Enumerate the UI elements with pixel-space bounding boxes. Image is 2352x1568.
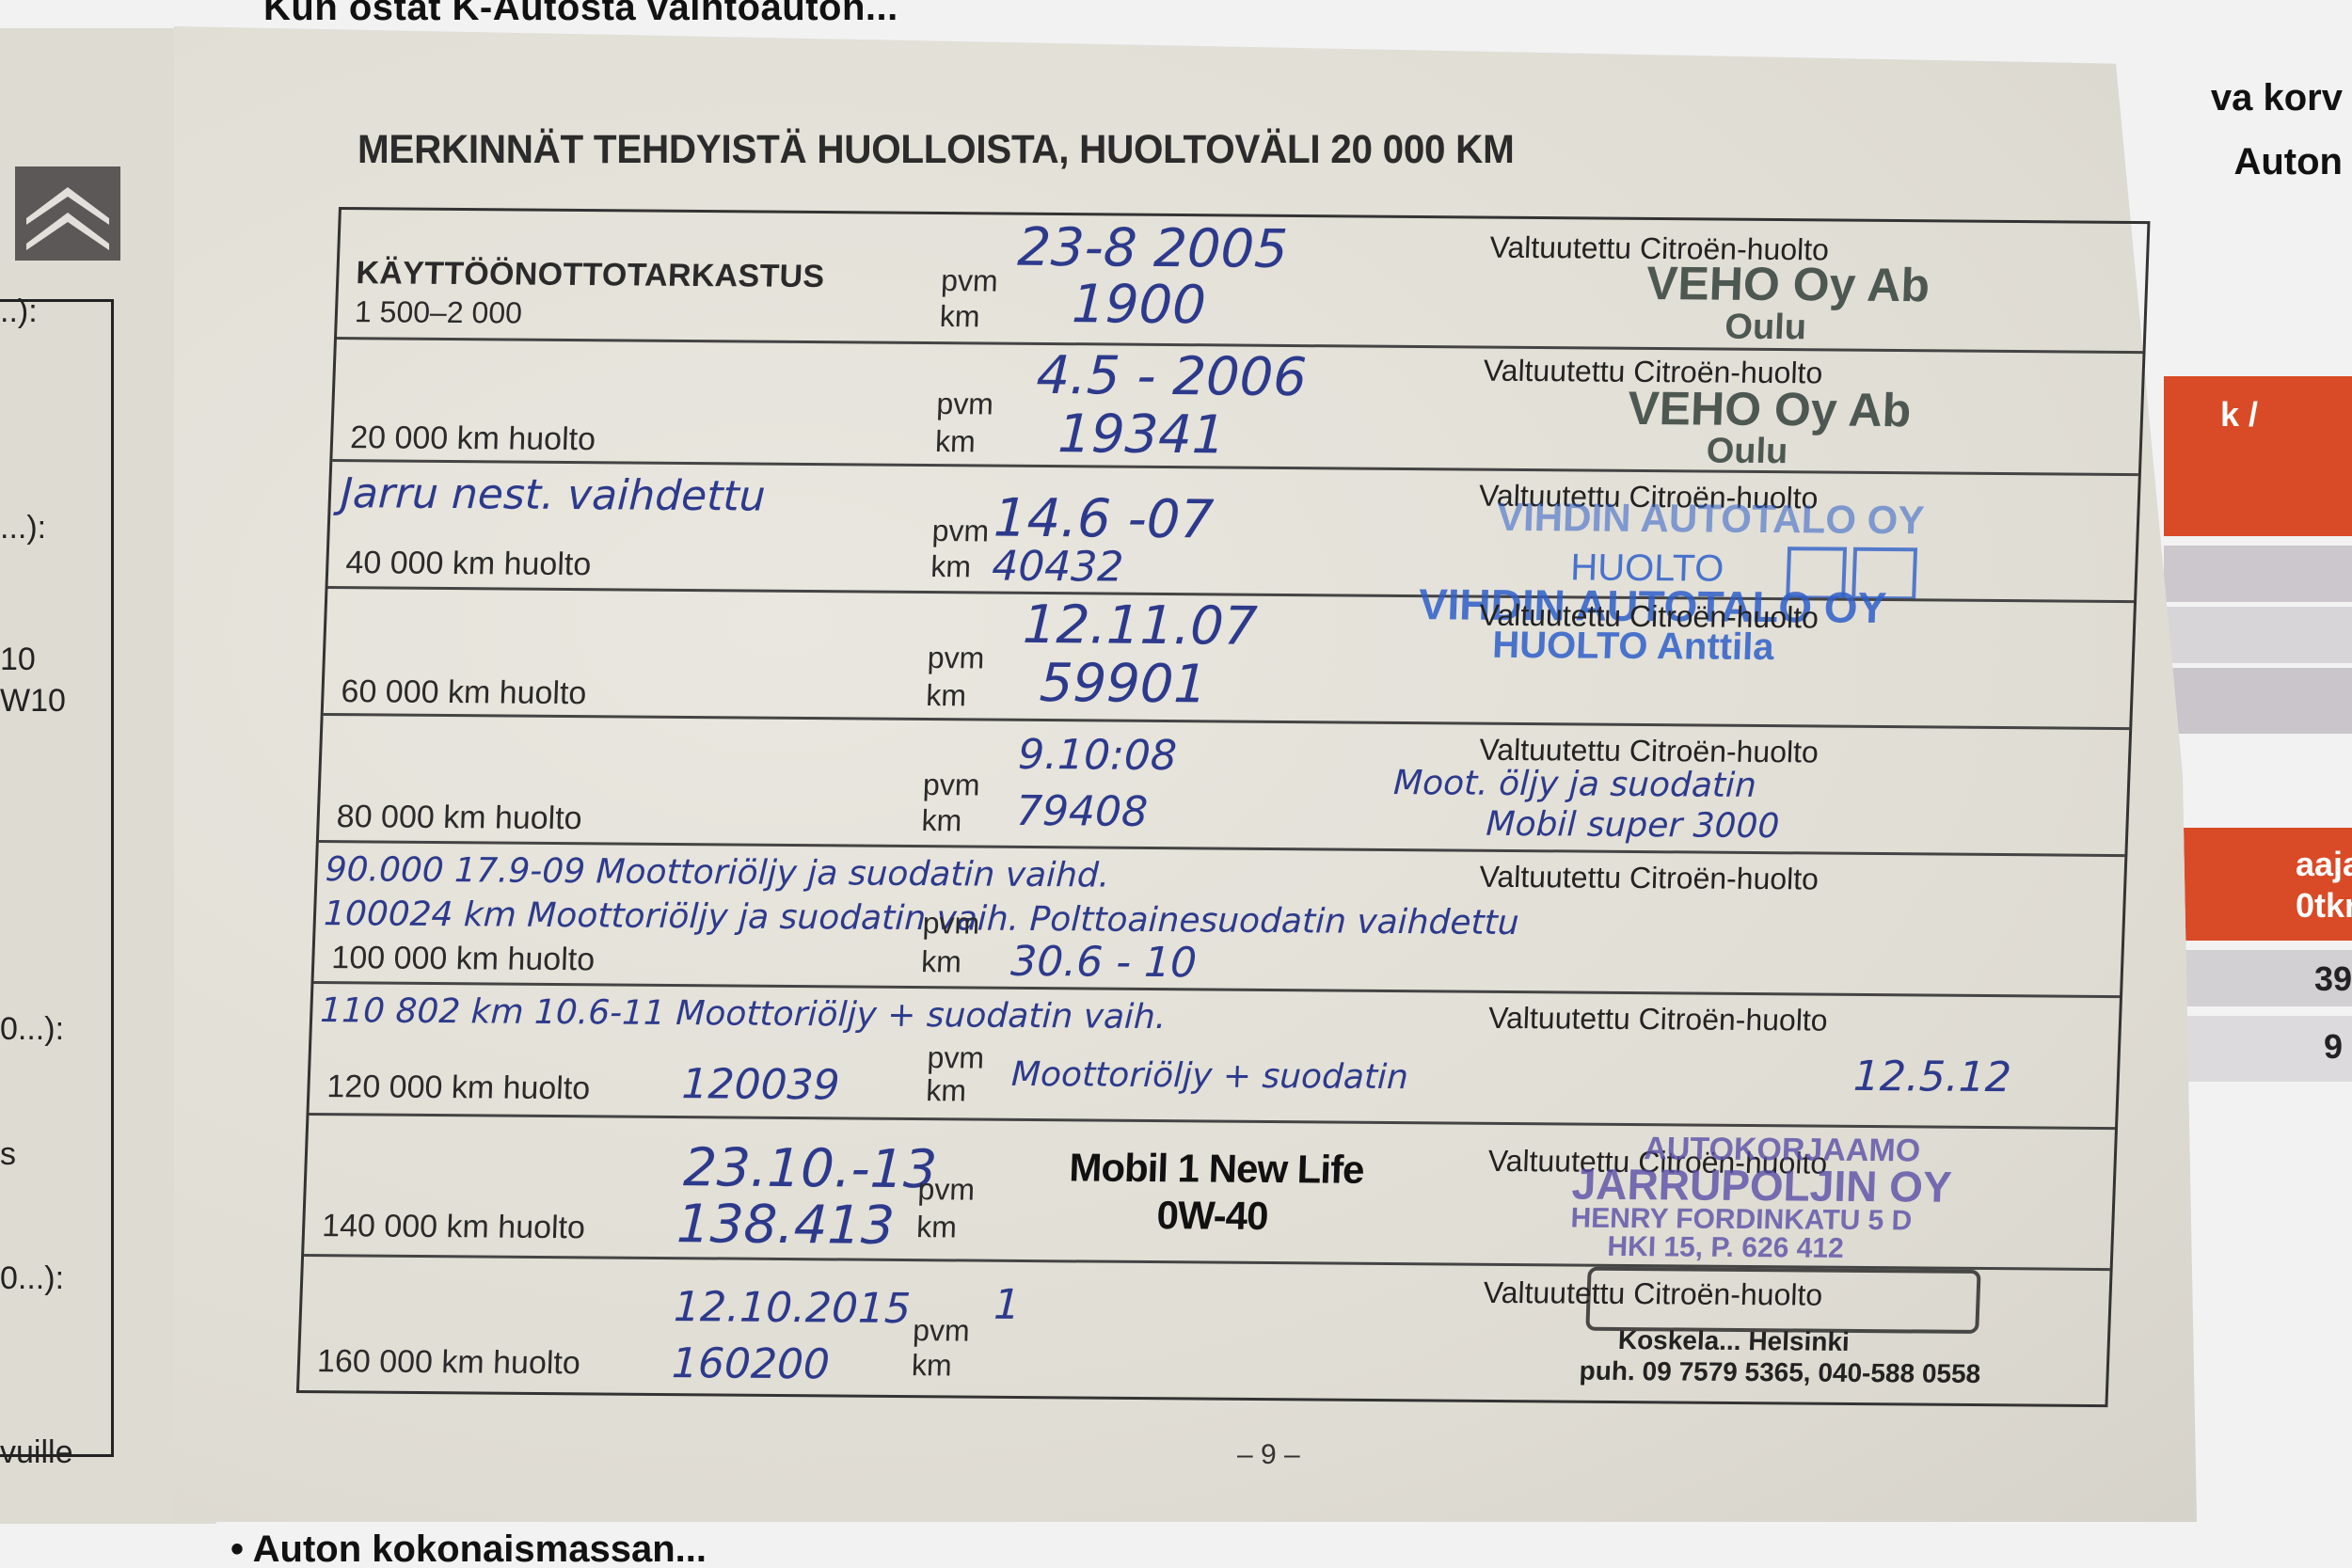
handwritten-km: 79408 — [1015, 787, 1149, 836]
row-label: 140 000 km huolto — [322, 1208, 586, 1246]
left-fragment: s — [0, 1136, 16, 1173]
left-fragment: 0...): — [0, 1011, 64, 1048]
dealer-stamp-city: Oulu — [1724, 308, 1807, 349]
row-label: KÄYTTÖÖNOTTOTARKASTUS — [356, 255, 825, 295]
handwritten-km: 59901 — [1039, 653, 1208, 715]
handwritten-date: 14.6 -07 — [993, 488, 1215, 551]
handwritten-km: 138.413 — [675, 1194, 896, 1257]
service-log-table: KÄYTTÖÖNOTTOTARKASTUS 1 500–2 000 pvm km… — [296, 207, 2151, 1407]
handwritten-date: 12.10.2015 — [673, 1283, 912, 1333]
background-red-band: aaja 0tkm — [2164, 828, 2352, 941]
authorized-service-label: Valtuutettu Citroën-huolto — [1488, 1001, 1829, 1038]
km-label: km — [916, 1210, 958, 1244]
left-fragment: ...): — [0, 510, 46, 546]
service-row: KÄYTTÖÖNOTTOTARKASTUS 1 500–2 000 pvm km… — [337, 210, 2147, 351]
row-label: 20 000 km huolto — [350, 420, 596, 458]
handwritten-date: 12.11.07 — [1022, 594, 1259, 657]
dealer-stamp: VIHDIN AUTOTALO OY — [1496, 495, 1925, 544]
oil-viscosity-stamp: 0W-40 — [1156, 1193, 1269, 1239]
date-label: pvm — [931, 514, 990, 548]
background-red-band: k / — [2164, 376, 2352, 536]
dealer-stamp-huolto: HUOLTO Anttila — [1492, 625, 1775, 669]
row-sublabel: 1 500–2 000 — [354, 294, 522, 330]
dealer-stamp: VEHO Oy Ab — [1645, 256, 1931, 312]
handwritten-note: 1 — [993, 1281, 1021, 1329]
handwritten-note: Jarru nest. vaihdettu — [340, 469, 766, 521]
service-row: 110 802 km 10.6-11 Moottoriöljy + suodat… — [309, 981, 2120, 1130]
km-label: km — [926, 1073, 967, 1108]
date-label: pvm — [922, 768, 980, 802]
dealer-stamp-name: Koskela... Helsinki — [1617, 1325, 1850, 1357]
handwritten-date: 23.10.-13 — [682, 1137, 938, 1200]
handwritten-date: 23-8 2005 — [1016, 217, 1289, 280]
left-fragment: 0...): — [0, 1260, 64, 1297]
left-fragment: W10 — [0, 683, 66, 720]
date-label: pvm — [927, 641, 985, 675]
handwritten-km: 120039 — [681, 1060, 841, 1109]
handwritten-note: Mobil super 3000 — [1486, 805, 1780, 846]
row-label: 100 000 km huolto — [331, 940, 596, 978]
page-number: – 9 – — [1237, 1439, 1300, 1471]
km-label: km — [930, 549, 972, 584]
background-right-text: Auton — [2233, 141, 2343, 183]
handwritten-km: 160200 — [671, 1339, 831, 1388]
service-row: 60 000 km huolto pvm km 12.11.07 59901 V… — [324, 586, 2134, 730]
handwritten-note: 110 802 km 10.6-11 Moottoriöljy + suodat… — [320, 991, 1167, 1037]
service-row: 80 000 km huolto pvm km 9.10:08 79408 Va… — [319, 713, 2129, 857]
authorized-service-label: Valtuutettu Citroën-huolto — [1479, 860, 1820, 897]
background-heading: Kun ostat K-Autosta vaihtoauton... — [263, 0, 898, 29]
handwritten-date: 9.10:08 — [1017, 731, 1178, 780]
date-label: pvm — [927, 1040, 985, 1075]
handwritten-km: 40432 — [991, 543, 1124, 592]
service-row: 160 000 km huolto 12.10.2015 160200 pvm … — [299, 1254, 2110, 1407]
dealer-stamp-frame — [1585, 1267, 1980, 1334]
km-label: km — [926, 678, 967, 713]
service-row: 140 000 km huolto 23.10.-13 138.413 pvm … — [304, 1113, 2115, 1271]
row-label: 160 000 km huolto — [316, 1343, 580, 1382]
citroen-logo-icon — [15, 166, 120, 261]
date-label: pvm — [917, 1172, 976, 1207]
background-right-text: va korv — [2211, 77, 2343, 119]
handwritten-km: 19341 — [1057, 404, 1226, 466]
background-grey-band — [2164, 546, 2352, 602]
km-label: km — [939, 299, 980, 334]
row-label: 80 000 km huolto — [336, 799, 582, 837]
row-label: 60 000 km huolto — [341, 673, 587, 712]
handwritten-date: 30.6 - 10 — [1009, 938, 1198, 988]
left-fragment: ..): — [0, 293, 38, 330]
left-fragment: vuille — [0, 1434, 72, 1471]
handwritten-km: 1900 — [1071, 274, 1207, 336]
date-label: pvm — [922, 906, 980, 941]
date-label: pvm — [941, 263, 999, 298]
km-label: km — [934, 424, 976, 459]
background-grey-band: 39 — [2164, 950, 2352, 1006]
handwritten-date: 4.5 - 2006 — [1035, 345, 1308, 408]
background-grey-band: 9 — [2164, 1016, 2352, 1082]
dealer-stamp: VEHO Oy Ab — [1627, 381, 1912, 437]
dealer-stamp-phone: HKI 15, P. 626 412 — [1607, 1231, 1844, 1265]
service-row: 90.000 17.9-09 Moottoriöljy ja suodatin … — [313, 840, 2124, 998]
page-title: MERKINNÄT TEHDYISTÄ HUOLLOISTA, HUOLTOVÄ… — [358, 127, 1514, 173]
date-label: pvm — [936, 387, 994, 421]
handwritten-note: Moot. öljy ja suodatin — [1392, 764, 1756, 805]
km-label: km — [921, 803, 962, 838]
background-grey-band — [2164, 607, 2352, 663]
left-fragment: 10 — [0, 641, 36, 678]
date-label: pvm — [913, 1313, 971, 1348]
handwritten-date: 12.5.12 — [1852, 1053, 2012, 1101]
km-label: km — [921, 944, 962, 979]
handwritten-note: Moottoriöljy + suodatin — [1010, 1055, 1408, 1097]
handwritten-note: 90.000 17.9-09 Moottoriöljy ja suodatin … — [325, 850, 1110, 895]
oil-type-stamp: Mobil 1 New Life — [1069, 1145, 1365, 1192]
service-row: 20 000 km huolto pvm km 4.5 - 2006 19341… — [332, 337, 2142, 476]
background-grey-band — [2164, 668, 2352, 734]
dealer-stamp-city: Oulu — [1706, 431, 1788, 472]
dealer-stamp-phone: puh. 09 7579 5365, 040-588 0558 — [1579, 1356, 1981, 1389]
km-label: km — [911, 1348, 952, 1383]
background-bullet-text: • Auton kokonaismassan... — [230, 1528, 707, 1568]
row-label: 120 000 km huolto — [326, 1069, 591, 1107]
row-label: 40 000 km huolto — [345, 545, 592, 583]
